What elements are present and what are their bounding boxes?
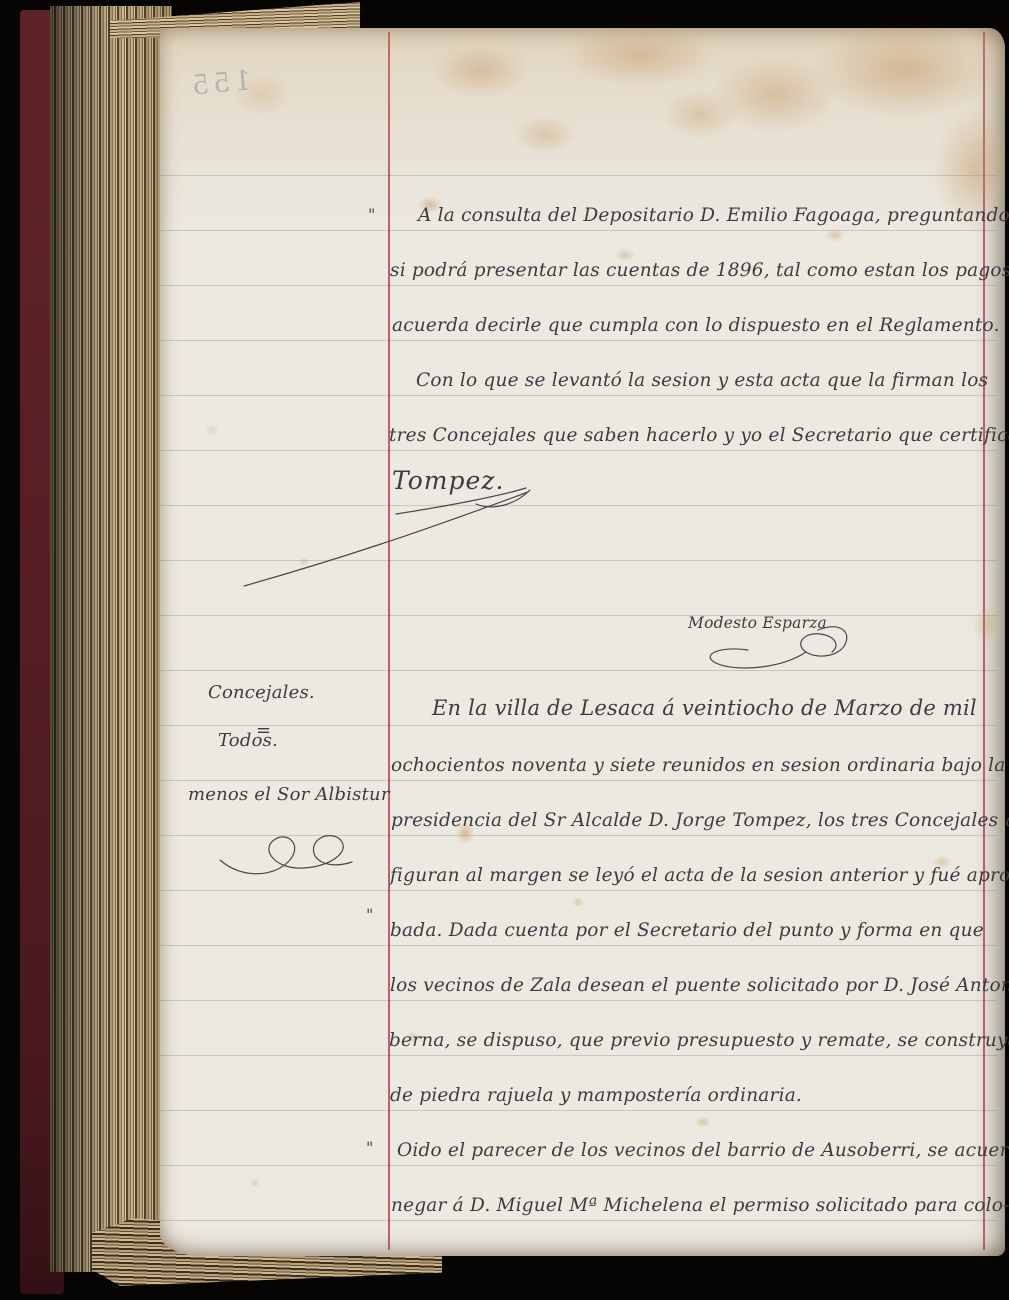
entry-line: ochocientos noventa y siete reunidos en … — [391, 757, 1005, 776]
show-through-page-number: 155 — [187, 65, 253, 101]
resolution-line: si podrá presentar las cuentas de 1896, … — [390, 262, 1009, 281]
margin-note-line: Todos. — [218, 732, 278, 750]
entry-line: berna, se dispuso, que previo presupuest… — [389, 1032, 1009, 1051]
entry-line: presidencia del Sr Alcalde D. Jorge Tomp… — [391, 812, 1009, 831]
entry-line: negar á D. Miguel Mª Michelena el permis… — [391, 1197, 1009, 1216]
entry-line: bada. Dada cuenta por el Secretario del … — [390, 922, 984, 941]
ditto-mark: " — [366, 905, 373, 924]
closing-line: Con lo que se levantó la sesion y esta a… — [416, 372, 988, 391]
entry-line: los vecinos de Zala desean el puente sol… — [390, 977, 1009, 996]
margin-note-line: Concejales. — [208, 684, 315, 702]
ditto-mark: " — [368, 205, 375, 224]
secretary-flourish — [700, 612, 850, 674]
resolution-line: acuerda decirle que cumpla con lo dispue… — [392, 317, 1000, 336]
entry-line: de piedra rajuela y mampostería ordinari… — [390, 1087, 802, 1106]
resolution-line: A la consulta del Depositario D. Emilio … — [418, 207, 1009, 226]
closing-line: tres Concejales que saben hacerlo y yo e… — [389, 427, 1009, 446]
ditto-mark: " — [366, 1138, 373, 1157]
margin-rule-left — [388, 32, 390, 1250]
page-edge-stack-shade — [50, 6, 172, 1272]
entry-line: Oido el parecer de los vecinos del barri… — [397, 1142, 1009, 1161]
signature-flourish — [238, 452, 538, 592]
entry-line: En la villa de Lesaca á veintiocho de Ma… — [432, 698, 977, 719]
entry-line: figuran al margen se leyó el acta de la … — [390, 867, 1009, 886]
book-scan: 155 " " " A la consulta del Depositario … — [0, 0, 1009, 1300]
margin-note-flourish — [212, 816, 362, 880]
margin-note-line: menos el Sor Albistur — [188, 786, 390, 804]
